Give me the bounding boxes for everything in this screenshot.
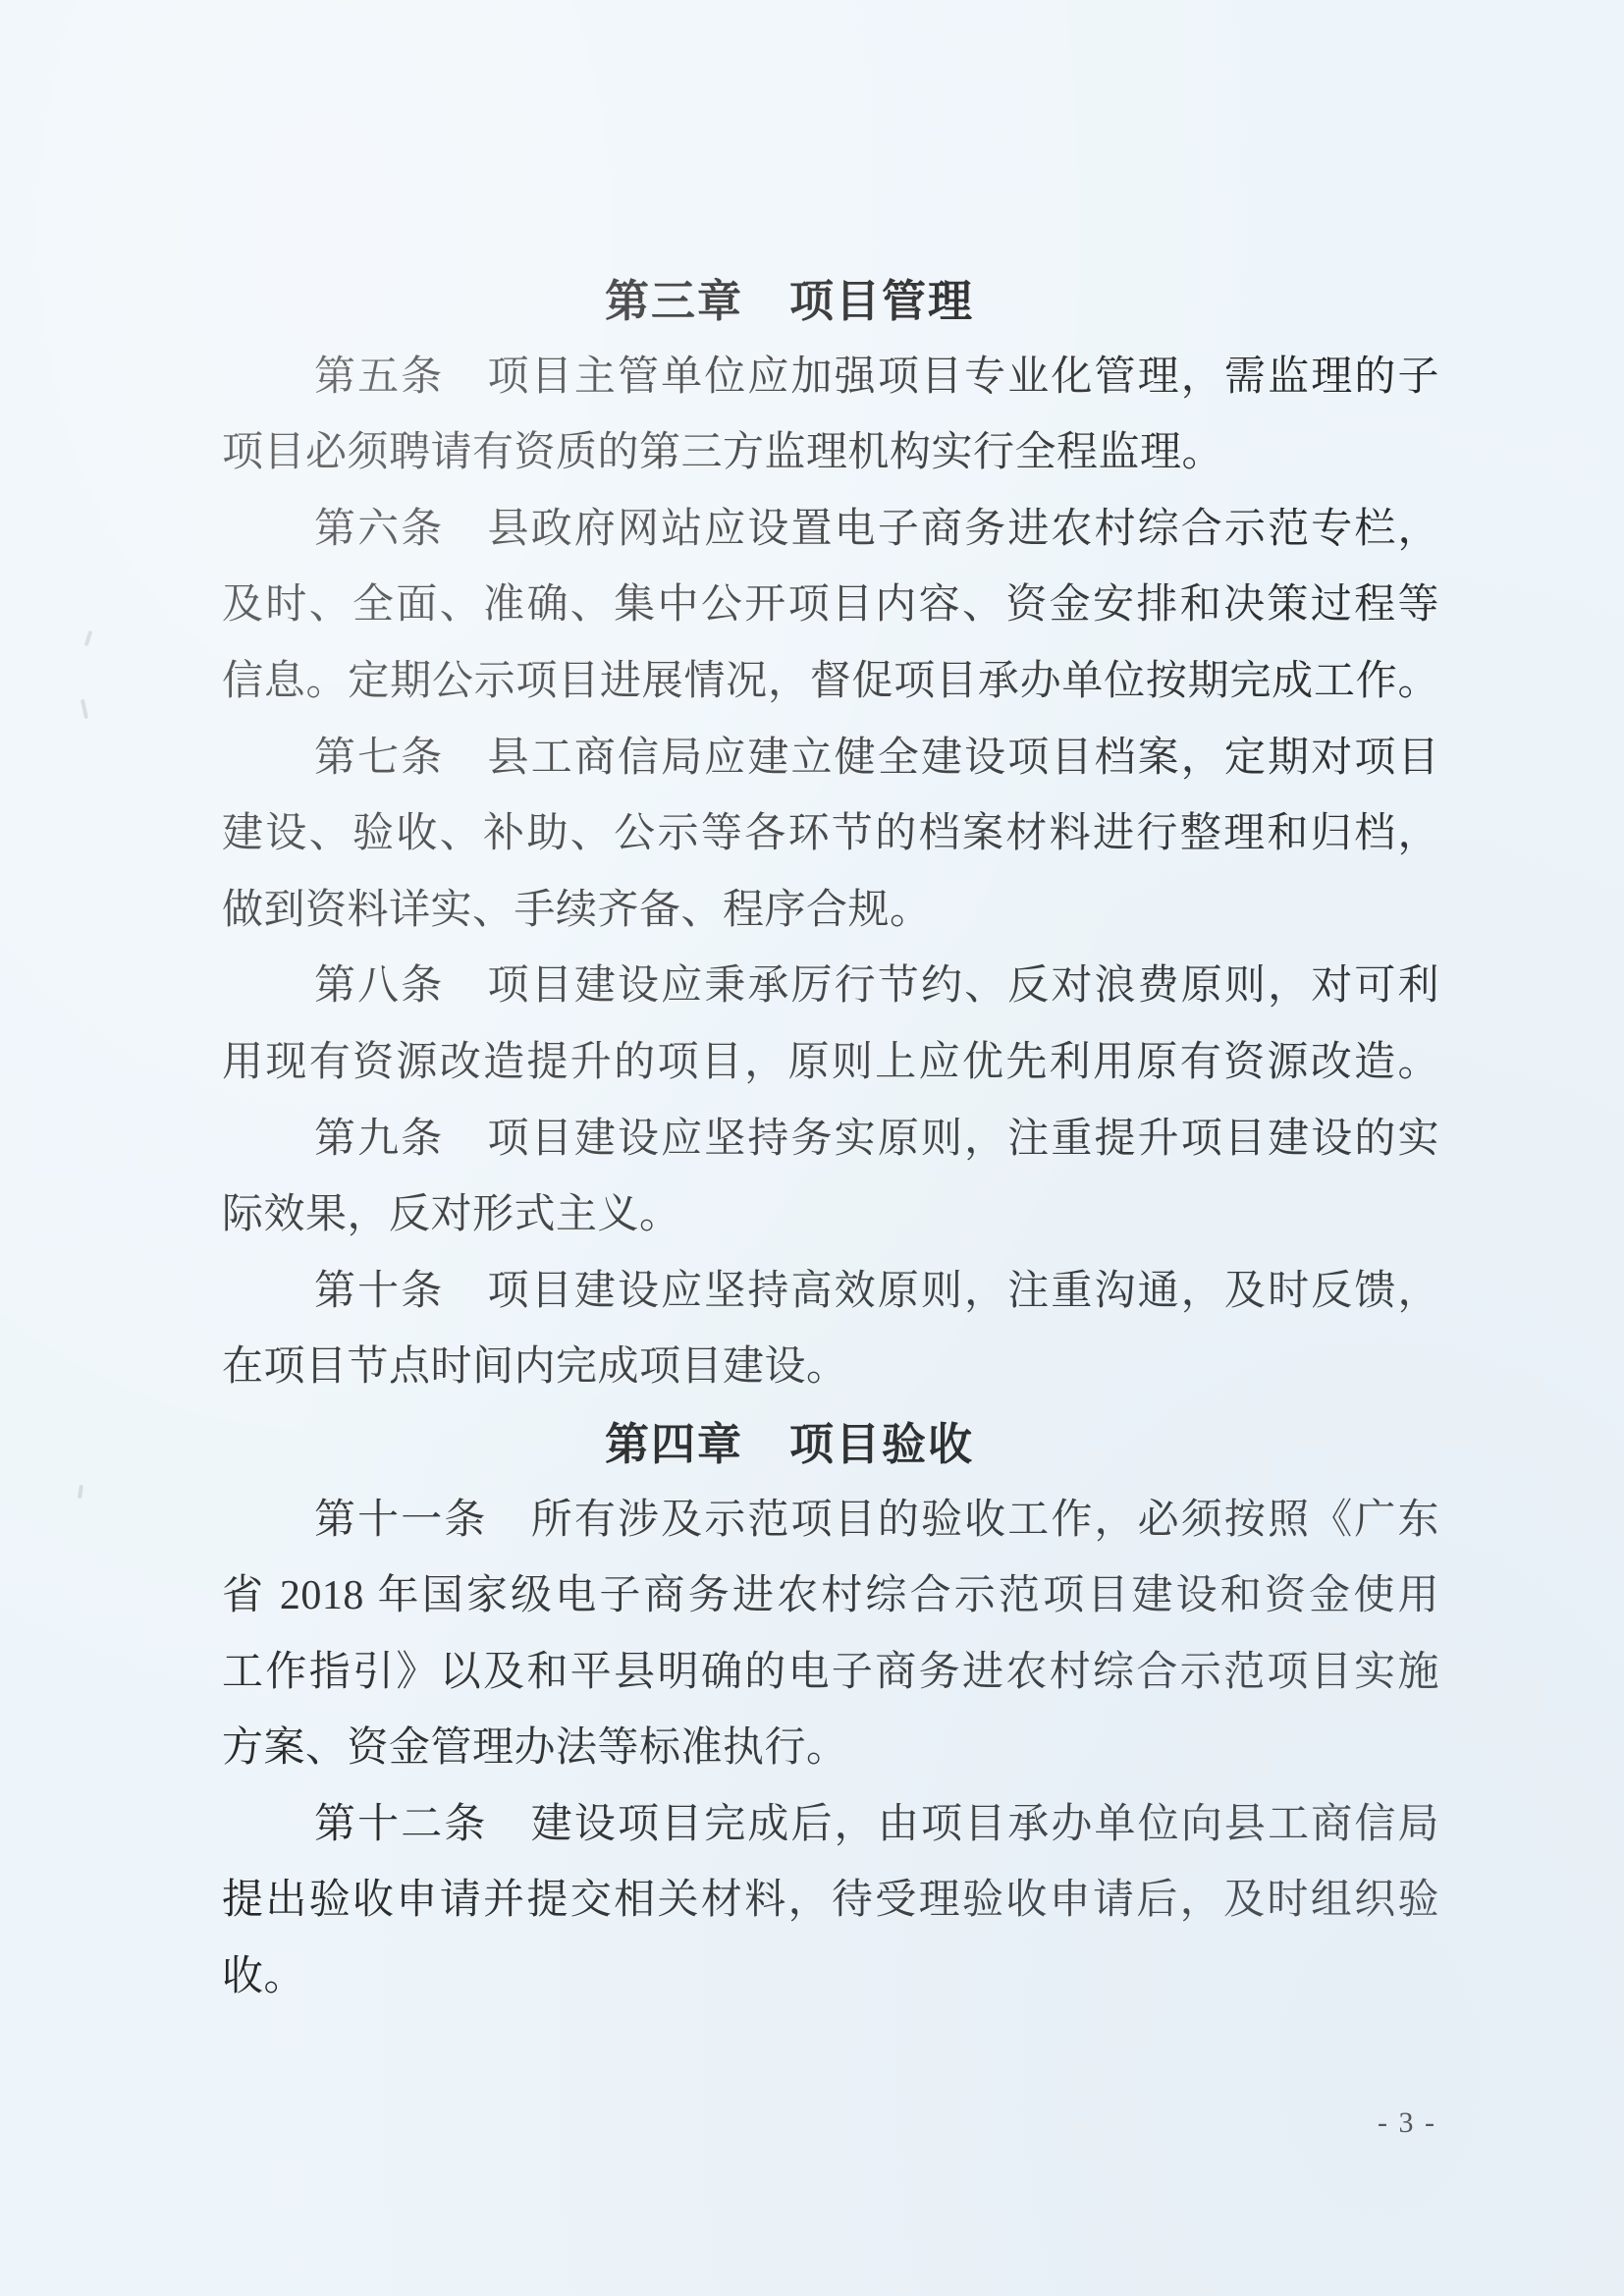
article-11-paragraph: 第十一条 所有涉及示范项目的验收工作，必须按照《广东 省 2018 年国家级电子…	[222, 1483, 1439, 1787]
paragraph-line: 方案、资金管理办法等标准执行。	[222, 1711, 1439, 1787]
paragraph-line: 第十条 项目建设应坚持高效原则，注重沟通，及时反馈，	[222, 1254, 1439, 1331]
article-8-paragraph: 第八条 项目建设应秉承厉行节约、反对浪费原则，对可利 用现有资源改造提升的项目，…	[222, 949, 1439, 1101]
paragraph-line: 建设、验收、补助、公示等各环节的档案材料进行整理和归档，	[222, 796, 1439, 873]
chapter-4-heading: 第四章 项目验收	[181, 1406, 1398, 1483]
paragraph-line: 第六条 县政府网站应设置电子商务进农村综合示范专栏，	[222, 492, 1439, 569]
paragraph-line: 在项目节点时间内完成项目建设。	[222, 1330, 1439, 1406]
scan-speck	[81, 699, 88, 719]
paragraph-line: 项目必须聘请有资质的第三方监理机构实行全程监理。	[222, 415, 1439, 492]
paragraph-line: 际效果，反对形式主义。	[222, 1177, 1439, 1254]
article-6-paragraph: 第六条 县政府网站应设置电子商务进农村综合示范专栏， 及时、全面、准确、集中公开…	[222, 492, 1439, 721]
paragraph-line: 第十二条 建设项目完成后，由项目承办单位向县工商信局	[222, 1787, 1439, 1864]
scan-speck	[78, 1485, 83, 1499]
scanned-document-page: 第三章 项目管理 第五条 项目主管单位应加强项目专业化管理，需监理的子 项目必须…	[0, 0, 1624, 2296]
article-7-paragraph: 第七条 县工商信局应建立健全建设项目档案，定期对项目 建设、验收、补助、公示等各…	[222, 721, 1439, 950]
paragraph-line: 第五条 项目主管单位应加强项目专业化管理，需监理的子	[222, 340, 1439, 416]
paragraph-line: 工作指引》以及和平县明确的电子商务进农村综合示范项目实施	[222, 1635, 1439, 1712]
scan-speck	[84, 630, 93, 646]
article-10-paragraph: 第十条 项目建设应坚持高效原则，注重沟通，及时反馈， 在项目节点时间内完成项目建…	[222, 1254, 1439, 1406]
article-12-paragraph: 第十二条 建设项目完成后，由项目承办单位向县工商信局 提出验收申请并提交相关材料…	[222, 1787, 1439, 2016]
page-number: - 3 -	[1333, 2104, 1481, 2143]
paragraph-line: 提出验收申请并提交相关材料，待受理验收申请后，及时组织验	[222, 1863, 1439, 1940]
paragraph-line: 及时、全面、准确、集中公开项目内容、资金安排和决策过程等	[222, 568, 1439, 644]
paragraph-line: 第十一条 所有涉及示范项目的验收工作，必须按照《广东	[222, 1483, 1439, 1559]
paragraph-line: 第八条 项目建设应秉承厉行节约、反对浪费原则，对可利	[222, 949, 1439, 1025]
paragraph-line: 省 2018 年国家级电子商务进农村综合示范项目建设和资金使用	[222, 1558, 1439, 1635]
paragraph-line: 信息。定期公示项目进展情况，督促项目承办单位按期完成工作。	[222, 644, 1439, 721]
paragraph-line: 用现有资源改造提升的项目，原则上应优先利用原有资源改造。	[222, 1025, 1439, 1102]
document-body: 第三章 项目管理 第五条 项目主管单位应加强项目专业化管理，需监理的子 项目必须…	[222, 263, 1439, 2016]
paragraph-line: 收。	[222, 1940, 1439, 2016]
paragraph-line: 第七条 县工商信局应建立健全建设项目档案，定期对项目	[222, 721, 1439, 797]
article-9-paragraph: 第九条 项目建设应坚持务实原则，注重提升项目建设的实 际效果，反对形式主义。	[222, 1102, 1439, 1254]
paragraph-line: 做到资料详实、手续齐备、程序合规。	[222, 873, 1439, 950]
paragraph-line: 第九条 项目建设应坚持务实原则，注重提升项目建设的实	[222, 1102, 1439, 1178]
chapter-3-heading: 第三章 项目管理	[181, 263, 1398, 340]
article-5-paragraph: 第五条 项目主管单位应加强项目专业化管理，需监理的子 项目必须聘请有资质的第三方…	[222, 340, 1439, 492]
